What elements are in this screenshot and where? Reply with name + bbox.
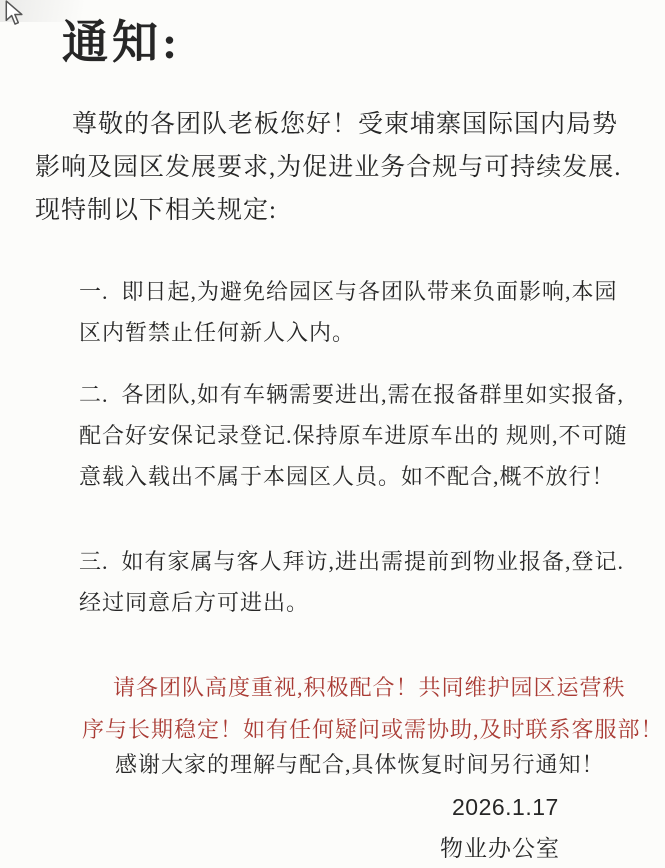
rule-item-3: 三. 如有家属与客人拜访,进出需提前到物业报备,登记. 经过同意后方可进出。 [79, 541, 624, 623]
rule-1-line-2: 区内暂禁止任何新人入内。 [79, 312, 618, 353]
mouse-cursor-icon [4, 0, 30, 30]
rule-1-line-1: 一. 即日起,为避免给园区与各团队带来负面影响,本园 [79, 271, 618, 312]
intro-line-2: 影响及园区发展要求,为促进业务合规与可持续发展. [35, 146, 622, 189]
rule-item-2: 二. 各团队,如有车辆需要进出,需在报备群里如实报备, 配合好安保记录登记.保持… [79, 374, 628, 497]
rule-2-line-3: 意载入载出不属于本园区人员。如不配合,概不放行！ [79, 456, 628, 497]
rule-2-line-2: 配合好安保记录登记.保持原车进原车出的 规则,不可随 [79, 415, 628, 456]
notice-signature: 物业办公室 [440, 830, 560, 863]
rule-3-line-2: 经过同意后方可进出。 [79, 582, 624, 623]
notice-date: 2026.1.17 [452, 794, 559, 821]
intro-line-3: 现特制以下相关规定: [35, 189, 622, 232]
rule-2-line-1: 二. 各团队,如有车辆需要进出,需在报备群里如实报备, [79, 374, 628, 415]
rule-item-1: 一. 即日起,为避免给园区与各团队带来负面影响,本园 区内暂禁止任何新人入内。 [79, 271, 618, 353]
notice-title: 通知: [62, 6, 181, 72]
emphasis-line-2: 序与长期稳定！如有任何疑问或需协助,及时联系客服部！ [82, 709, 664, 751]
intro-line-1: 尊敬的各团队老板您好！受柬埔寨国际国内局势 [35, 103, 622, 146]
rule-3-line-1: 三. 如有家属与客人拜访,进出需提前到物业报备,登记. [79, 541, 624, 582]
intro-paragraph: 尊敬的各团队老板您好！受柬埔寨国际国内局势 影响及园区发展要求,为促进业务合规与… [35, 103, 622, 232]
document-page: 通知: 尊敬的各团队老板您好！受柬埔寨国际国内局势 影响及园区发展要求,为促进业… [0, 0, 665, 868]
closing-line: 感谢大家的理解与配合,具体恢复时间另行通知！ [115, 748, 605, 779]
emphasis-paragraph: 请各团队高度重视,积极配合！共同维护园区运营秩 序与长期稳定！如有任何疑问或需协… [82, 667, 664, 751]
emphasis-line-1: 请各团队高度重视,积极配合！共同维护园区运营秩 [82, 667, 664, 709]
